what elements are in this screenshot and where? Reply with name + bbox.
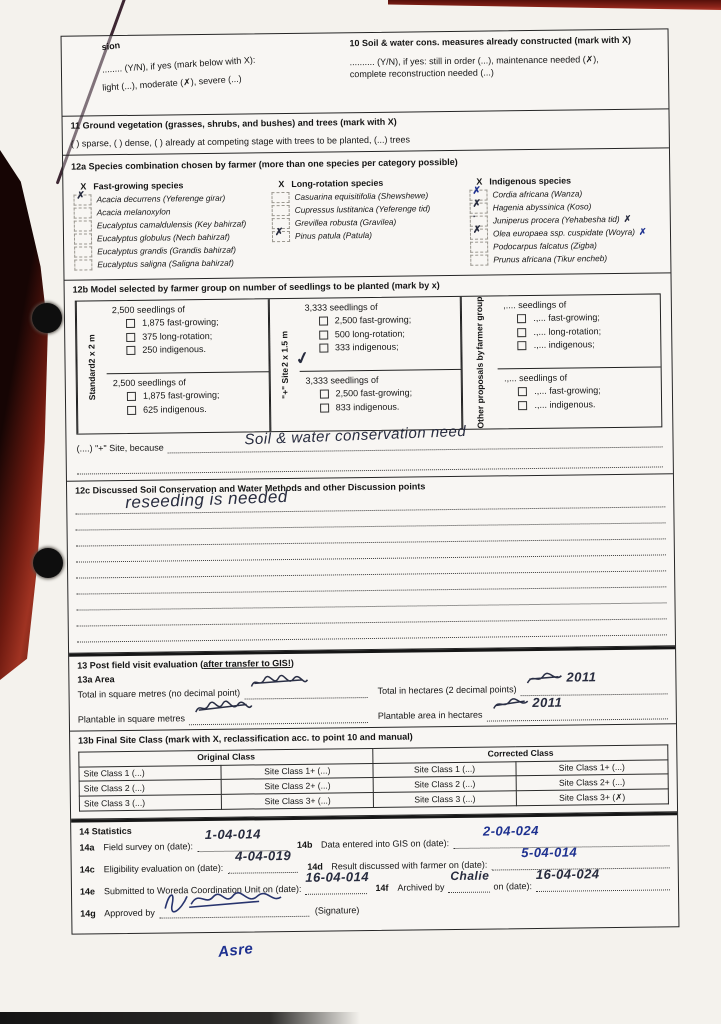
- checkbox: [127, 406, 136, 415]
- handwritten-x-mark: ✗: [472, 187, 480, 195]
- handwritten-date: 1-04-014: [205, 826, 261, 843]
- handwritten-scribble: [524, 670, 564, 686]
- site-class-table: Original Class Corrected Class Site Clas…: [78, 744, 669, 811]
- species-table: XFast-growing species ✗Acacia decurrens …: [71, 171, 662, 275]
- section-erosion-partial: sion ........ (Y/N), if yes (mark below …: [66, 38, 347, 111]
- checkbox: [518, 401, 527, 410]
- species-row: ✗Pinus patula (Patula): [272, 228, 464, 243]
- column-header: Fast-growing species: [93, 180, 183, 192]
- handwritten-scribble: [490, 696, 530, 712]
- checkbox: [319, 317, 328, 326]
- scan-artifact-top-red-stripe: [388, 0, 721, 10]
- species-checkbox: [74, 233, 92, 244]
- species-row: Prunus africana (Tikur encheb): [470, 251, 662, 266]
- checkbox: [518, 387, 527, 396]
- checkbox: [319, 343, 328, 352]
- handwritten-x-mark: ✗: [473, 226, 481, 234]
- handwritten-hectares-value: 2011: [532, 694, 562, 711]
- section-10-title: 10 Soil & water cons. measures already c…: [349, 34, 659, 49]
- handwritten-x-mark: ✗: [76, 192, 84, 200]
- species-checkbox: ✗: [73, 194, 91, 205]
- plus-site-model-label: "+" Site2 x 1.5 m: [268, 299, 300, 431]
- field-survey-form: sion ........ (Y/N), if yes (mark below …: [61, 28, 680, 934]
- species-checkbox: [271, 192, 289, 203]
- area-fields: Total in square metres (no decimal point…: [78, 681, 668, 726]
- standard-model-label: Standard2 x 2 m: [76, 301, 108, 433]
- because-label: (....) "+" Site, because: [77, 442, 164, 454]
- other-proposal-cell-1: ,.... seedlings of .,... fast-growing; .…: [497, 294, 661, 368]
- section-14: 14 Statistics 14a Field survey on (date)…: [71, 815, 678, 934]
- species-checkbox: [74, 246, 92, 257]
- seedling-model-table: Standard2 x 2 m 2,500 seedlings of 1,875…: [75, 293, 663, 434]
- standard-model-cell-1: 2,500 seedlings of 1,875 fast-growing; 3…: [106, 299, 270, 373]
- discussion-write-lines: reseeding is needed: [75, 491, 667, 642]
- handwritten-archiver-name: Chalie: [450, 869, 489, 884]
- species-checkbox: ✗: [470, 228, 488, 239]
- checkbox: [126, 332, 135, 341]
- species-column-indigenous: XIndigenous species ✗Cordia africana (Wa…: [469, 173, 662, 266]
- handwritten-date: 16-04-014: [305, 869, 369, 886]
- checkbox: [517, 314, 526, 323]
- section-12a-title: 12a Species combination chosen by farmer…: [71, 154, 661, 172]
- column-header: Indigenous species: [489, 175, 571, 187]
- checkbox: [518, 341, 527, 350]
- checkbox: [126, 346, 135, 355]
- handwritten-scribble: [193, 699, 255, 716]
- section-13: 13 Post field visit evaluation (after tr…: [69, 649, 676, 731]
- checkbox: [319, 330, 328, 339]
- scan-artifact-left-dark-blob: [0, 150, 52, 680]
- other-proposals-label: Other proposals byfarmer group: [461, 296, 499, 428]
- species-checkbox: [74, 259, 92, 270]
- scan-artifact-bottom-strip: [0, 1012, 360, 1024]
- standard-model-cell-2: 2,500 seedlings of 1,875 fast-growing; 6…: [107, 371, 270, 433]
- species-checkbox: [272, 205, 290, 216]
- species-checkbox: [74, 207, 92, 218]
- checkbox: [320, 390, 329, 399]
- section-12b: 12b Model selected by farmer group on nu…: [65, 273, 673, 481]
- section-11-options: ( ) sparse, ( ) dense, ( ) already at co…: [71, 132, 661, 150]
- section-12c: 12c Discussed Soil Conservation and Wate…: [67, 474, 675, 654]
- section-13b: 13b Final Site Class (mark with X, recla…: [70, 724, 677, 820]
- checkbox: [320, 403, 329, 412]
- handwritten-date: 4-04-019: [235, 848, 291, 865]
- handwritten-date: 5-04-014: [521, 845, 577, 862]
- x-column-header: X: [271, 179, 291, 190]
- stat-row-g: 14g Approved by (Signature): [80, 900, 670, 919]
- column-header: Long-rotation species: [291, 178, 383, 190]
- handwritten-x-mark: ✗: [639, 226, 647, 237]
- section-10: 10 Soil & water cons. measures already c…: [345, 34, 660, 108]
- handwritten-initials-below-form: Asre: [217, 940, 254, 961]
- species-row: Eucalyptus saligna (Saligna bahirzaf): [74, 256, 266, 271]
- because-write-line-2: [77, 451, 663, 474]
- signature-scribble: [159, 887, 289, 915]
- plus-site-because-field: (....) "+" Site, because Soil & water co…: [74, 427, 664, 476]
- species-column-fast-growing: XFast-growing species ✗Acacia decurrens …: [73, 178, 266, 271]
- handwritten-hectares-value: 2011: [566, 669, 596, 686]
- species-checkbox: [470, 241, 488, 252]
- hole-punch-dot: [33, 548, 63, 578]
- section-top: sion ........ (Y/N), if yes (mark below …: [62, 29, 669, 116]
- field-plantable-sqm: Plantable in square metres: [78, 710, 368, 727]
- other-proposal-cell-2: .,... seedlings of .,... fast-growing; .…: [498, 366, 661, 428]
- section-12b-title: 12b Model selected by farmer group on nu…: [73, 277, 663, 295]
- species-column-long-rotation: XLong-rotation species Casuarina equisit…: [271, 176, 464, 269]
- stat-row-ab: 14a Field survey on (date): 1-04-014 14b…: [79, 834, 669, 853]
- handwritten-x-mark: ✗: [275, 229, 283, 237]
- species-checkbox: ✗: [272, 231, 290, 242]
- section-11-title: 11 Ground vegetation (grasses, shrubs, a…: [71, 113, 661, 131]
- species-checkbox: [470, 254, 488, 265]
- handwritten-scribble: [248, 673, 310, 690]
- hole-punch-dot: [32, 303, 62, 333]
- checkbox: [127, 392, 136, 401]
- plus-site-model-cell-1: ✓ 3,333 seedlings of 2,500 fast-growing;…: [298, 297, 462, 371]
- checkbox: [517, 328, 526, 337]
- field-plantable-ha: Plantable area in hectares 2011: [378, 706, 668, 723]
- handwritten-date: 16-04-024: [536, 866, 600, 883]
- handwritten-date: 2-04-024: [483, 823, 539, 840]
- scanned-form-page: sion ........ (Y/N), if yes (mark below …: [0, 0, 721, 1024]
- handwritten-x-mark: ✗: [624, 213, 632, 224]
- cutoff-heading-fragment: sion: [101, 40, 121, 53]
- handwritten-x-mark: ✗: [473, 200, 481, 208]
- checkbox: [126, 319, 135, 328]
- species-checkbox: [74, 220, 92, 231]
- section-12a: 12a Species combination chosen by farmer…: [63, 148, 670, 281]
- section-13b-title: 13b Final Site Class (mark with X, recla…: [78, 728, 668, 746]
- plus-site-model-cell-2: 3,333 seedlings of 2,500 fast-growing; 8…: [299, 369, 462, 431]
